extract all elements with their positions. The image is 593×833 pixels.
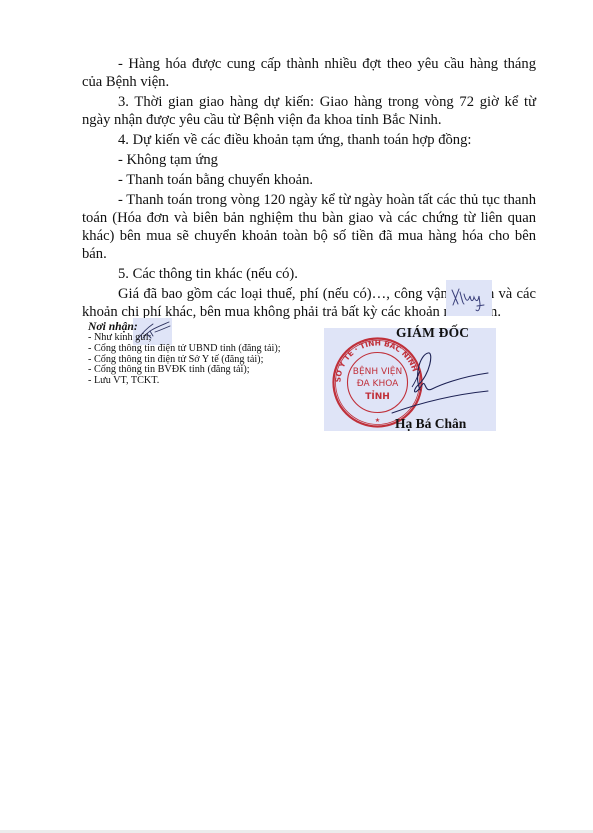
director-title: GIÁM ĐỐC [396, 325, 469, 341]
paragraph-bank-transfer: - Thanh toán bằng chuyển khoản. [82, 171, 536, 189]
handwritten-initials-icon [446, 280, 492, 316]
recipient-item: Lưu VT, TCKT. [88, 376, 281, 387]
initials-signature [446, 280, 492, 316]
paragraph-delivery-time: 3. Thời gian giao hàng dự kiến: Giao hàn… [82, 93, 536, 129]
paragraph-payment-120-days: - Thanh toán trong vòng 120 ngày kể từ n… [82, 191, 536, 263]
director-name: Hạ Bá Chân [395, 416, 466, 432]
recipients-list: Nơi nhận: Như kính gửi; Cổng thông tin đ… [88, 320, 281, 387]
paragraph-payment-terms: 4. Dự kiến về các điều khoản tạm ứng, th… [82, 131, 536, 149]
paragraph-delivery-batches: - Hàng hóa được cung cấp thành nhiều đợt… [82, 55, 536, 91]
recipient-item: Cổng thông tin điện tử UBND tỉnh (đăng t… [88, 344, 281, 355]
svg-text:★: ★ [375, 417, 380, 424]
director-signature-icon [390, 345, 490, 415]
stamp-center-line: TỈNH [365, 390, 390, 402]
paragraph-no-advance: - Không tạm ứng [82, 151, 536, 169]
